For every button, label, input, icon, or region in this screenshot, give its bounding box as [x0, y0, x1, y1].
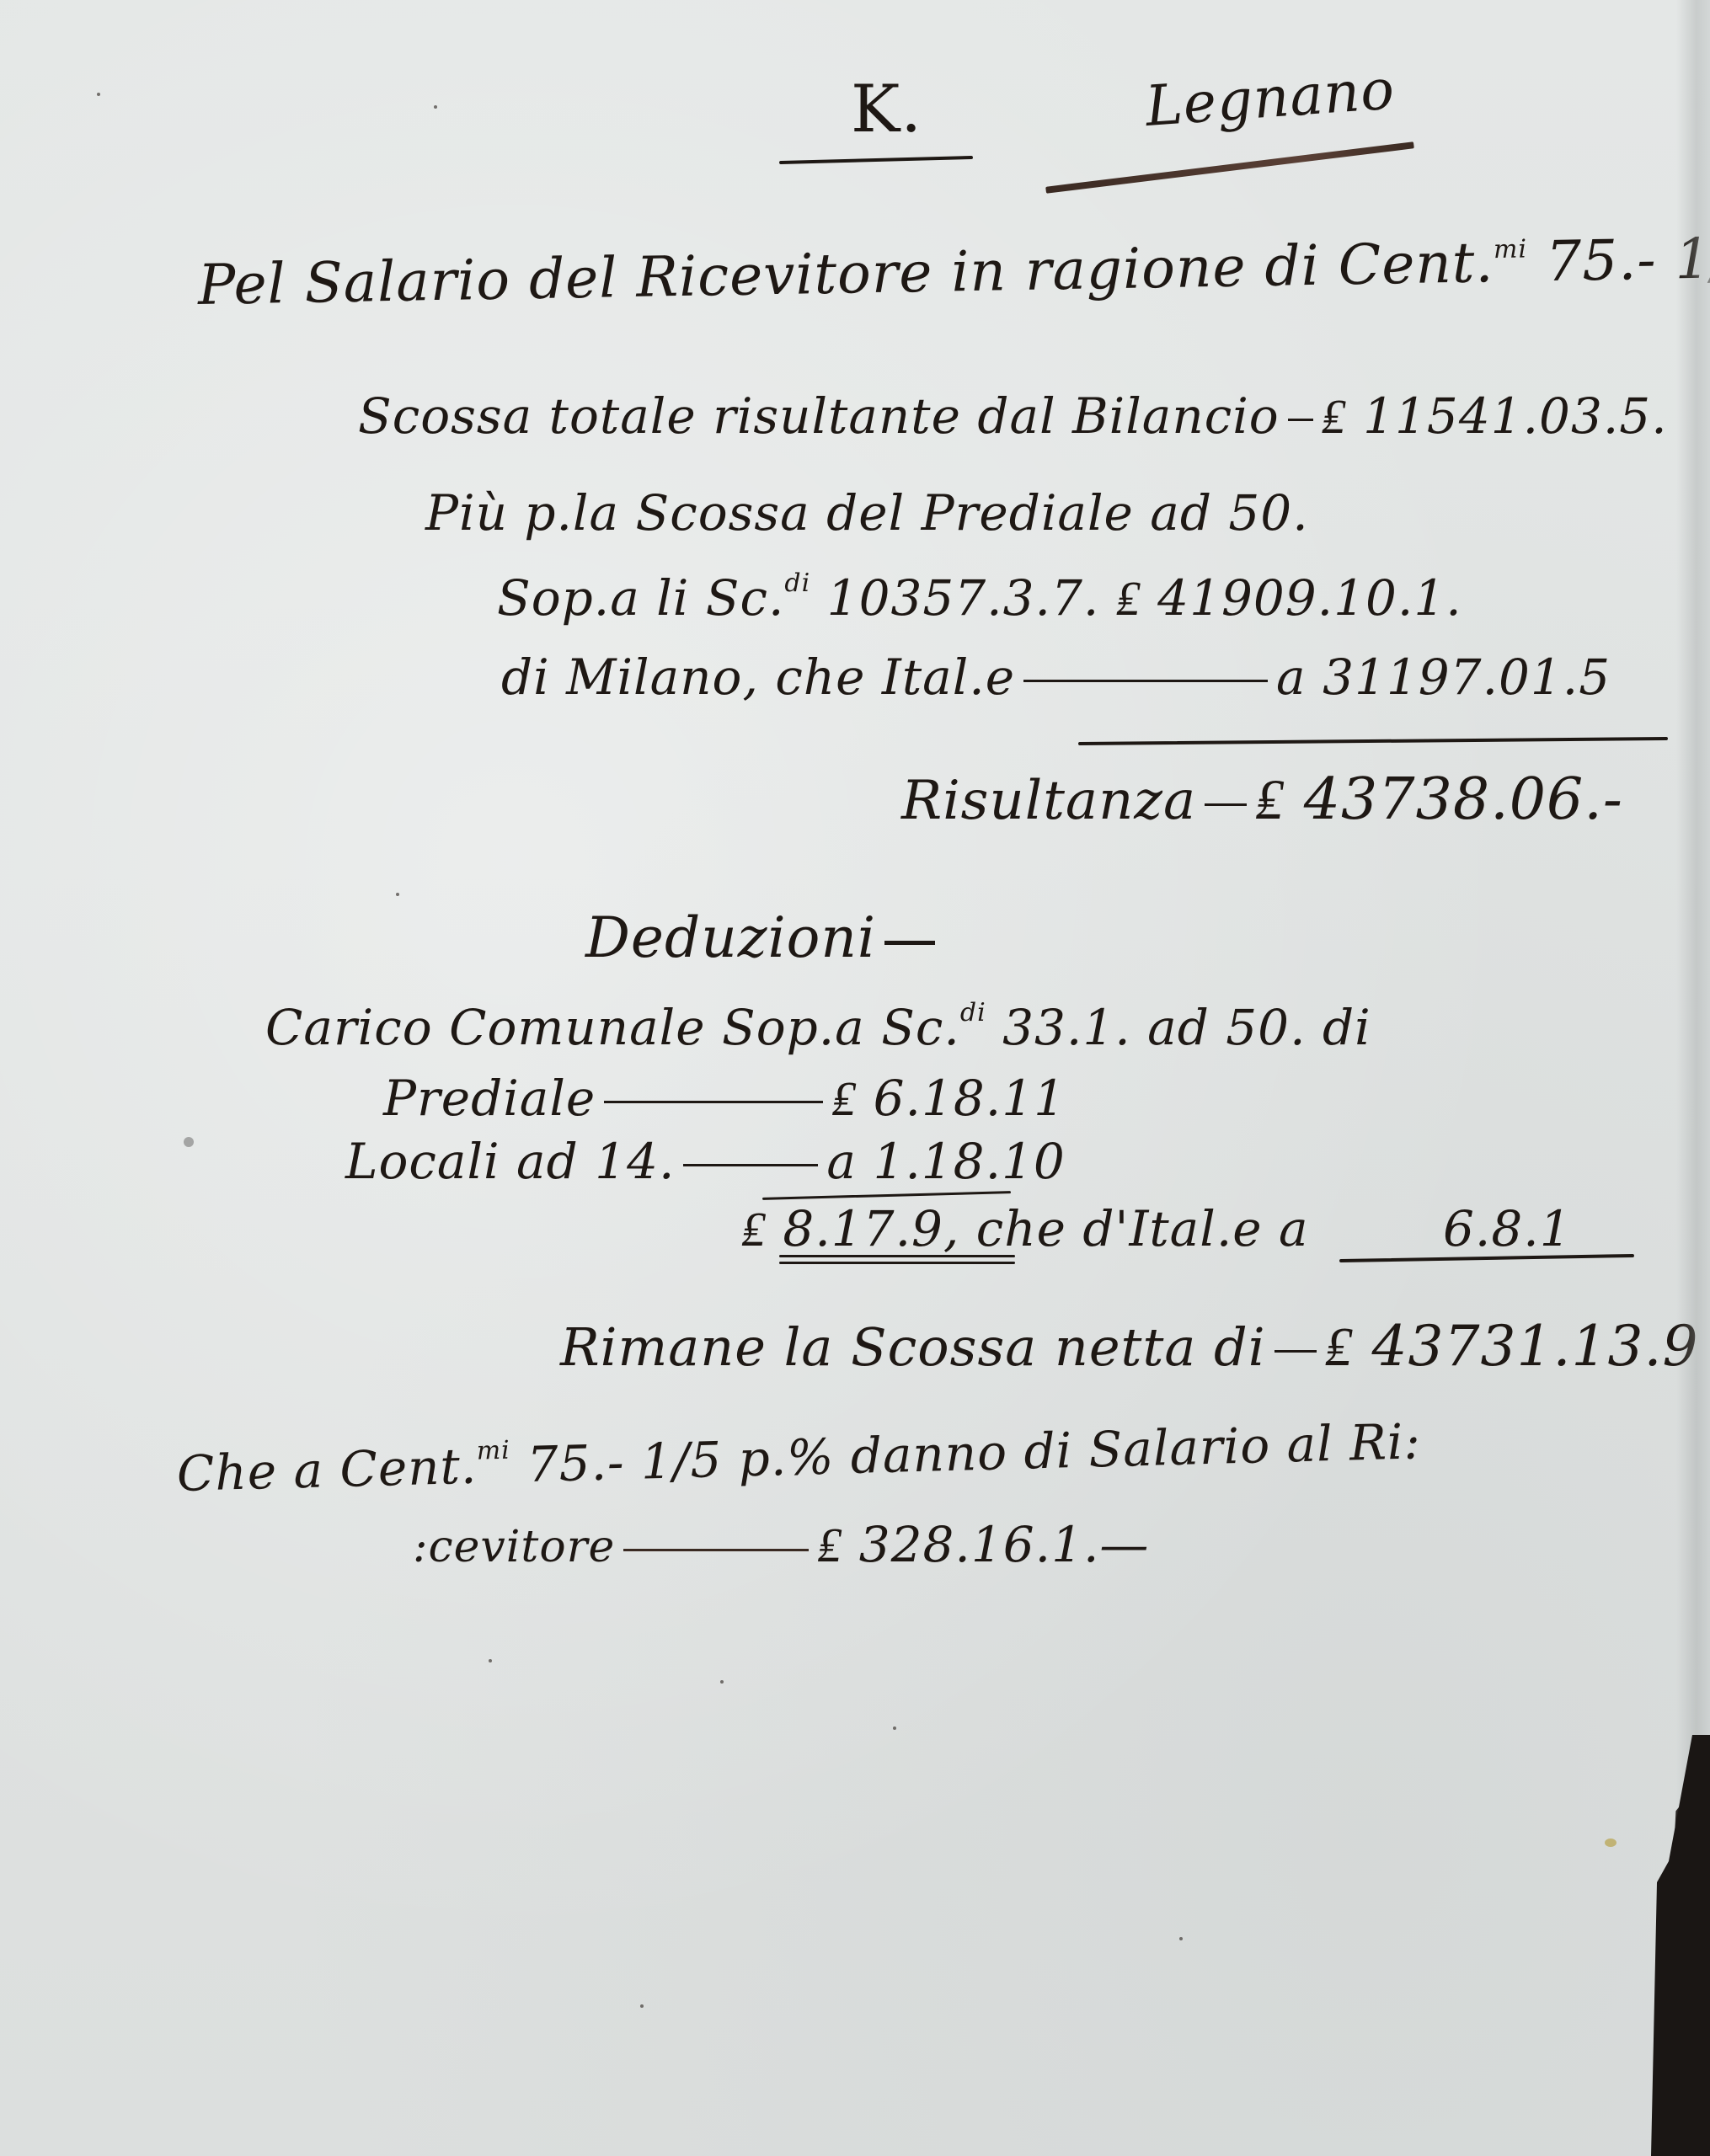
- paper-speck: [396, 893, 399, 896]
- subtotal-double-underline-2: [779, 1262, 1015, 1264]
- milano-line: di Milano, che Ital.ea 31197.01.5: [501, 648, 1611, 706]
- subtotal-label: , che d'Ital.e a: [943, 1200, 1309, 1257]
- sum-rule: [1078, 737, 1668, 745]
- che-text: danno di Salario al Ri:: [850, 1412, 1422, 1485]
- paper-speck: [640, 2004, 644, 2008]
- ricevitore-line: :cevitore₤ 328.16.1.—: [413, 1516, 1149, 1573]
- prediale-value: ₤ 6.18.11: [831, 1070, 1066, 1127]
- paper-speck: [434, 105, 437, 109]
- locali-value: a 1.18.10: [826, 1133, 1065, 1190]
- header-place: Legnano: [1143, 56, 1397, 138]
- carico-value: 33.1. ad 50. di: [1002, 999, 1371, 1056]
- risultanza-value: ₤ 43738.06.-: [1255, 766, 1623, 833]
- che-sup: mi: [476, 1436, 510, 1466]
- header-place-underline: [1045, 141, 1414, 194]
- rimane-line: Rimane la Scossa netta di₤ 43731.13.9: [560, 1314, 1698, 1380]
- locali-label: Locali ad 14.: [345, 1133, 675, 1190]
- subtotal-line: ₤ 8.17.9, che d'Ital.e a 6.8.1: [741, 1200, 1572, 1257]
- header-letter: K.: [851, 72, 922, 147]
- intro-sup: mi: [1494, 234, 1528, 264]
- paper-speck: [184, 1137, 194, 1147]
- che-label: Che a Cent.: [176, 1438, 478, 1502]
- sopra-value: 10357.3.7.: [827, 569, 1100, 627]
- manuscript-page: K. Legnano Pel Salario del Ricevitore in…: [0, 0, 1710, 2156]
- paper-speck: [489, 1659, 492, 1662]
- ricevitore-value: ₤ 328.16.1.—: [817, 1516, 1149, 1573]
- scossa-line: Scossa totale risultante dal Bilancio₤ 1…: [358, 387, 1668, 445]
- subtotal-rule: [762, 1191, 1011, 1200]
- sopra-sup: di: [784, 568, 810, 598]
- piu-line: Più p.la Scossa del Prediale ad 50.: [425, 484, 1309, 542]
- carico-label: Carico Comunale Sop.a Sc.: [265, 999, 960, 1056]
- subtotal-ital: 6.8.1: [1443, 1200, 1572, 1257]
- paper-speck: [1605, 1838, 1616, 1847]
- scossa-label: Scossa totale risultante dal Bilancio: [358, 387, 1280, 445]
- paper-speck: [1179, 1937, 1183, 1940]
- deduzioni-heading-text: Deduzioni: [585, 905, 876, 970]
- che-line: Che a Cent.mi 75.- 1/5 p.% danno di Sala…: [176, 1412, 1422, 1502]
- risultanza-label: Risultanza: [901, 770, 1196, 832]
- sopra-line: Sop.a li Sc.di 10357.3.7. ₤ 41909.10.1.: [497, 568, 1462, 627]
- header-letter-underline: [779, 156, 973, 164]
- milano-label: di Milano, che Ital.e: [501, 648, 1015, 706]
- prediale-line: Prediale₤ 6.18.11: [383, 1070, 1066, 1127]
- rimane-label: Rimane la Scossa netta di: [560, 1316, 1266, 1378]
- carico-line: Carico Comunale Sop.a Sc.di 33.1. ad 50.…: [265, 998, 1371, 1056]
- sopra-label: Sop.a li Sc.: [497, 569, 784, 627]
- che-pct: p.%: [738, 1428, 835, 1488]
- rimane-value: ₤ 43731.13.9: [1325, 1314, 1699, 1379]
- intro-text: Pel Salario del Ricevitore in ragione di…: [197, 230, 1494, 318]
- intro-line: Pel Salario del Ricevitore in ragione di…: [197, 223, 1710, 318]
- deduzioni-heading: Deduzioni: [585, 905, 943, 970]
- che-rate: 75.-: [526, 1433, 626, 1493]
- paper-speck: [893, 1726, 896, 1730]
- subtotal-double-underline-1: [779, 1255, 1015, 1257]
- che-fraction: 1/5: [640, 1431, 723, 1490]
- intro-fraction: 1/5: [1675, 225, 1710, 291]
- subtotal-value: ₤ 8.17.9: [741, 1200, 943, 1257]
- prediale-label: Prediale: [383, 1070, 596, 1127]
- milano-value: a 31197.01.5: [1276, 648, 1611, 706]
- scossa-value: ₤ 11541.03.5.: [1322, 387, 1668, 445]
- intro-rate: 75.-: [1546, 227, 1658, 294]
- piu-label: Più p.la Scossa del Prediale ad 50.: [425, 484, 1309, 542]
- paper-speck: [720, 1680, 724, 1684]
- carico-sup: di: [960, 998, 986, 1027]
- paper-speck: [97, 93, 100, 96]
- risultanza-line: Risultanza₤ 43738.06.-: [901, 766, 1623, 833]
- sopra-lire: ₤ 41909.10.1.: [1116, 569, 1462, 627]
- locali-line: Locali ad 14.a 1.18.10: [345, 1133, 1066, 1190]
- ricevitore-label: :cevitore: [413, 1522, 615, 1572]
